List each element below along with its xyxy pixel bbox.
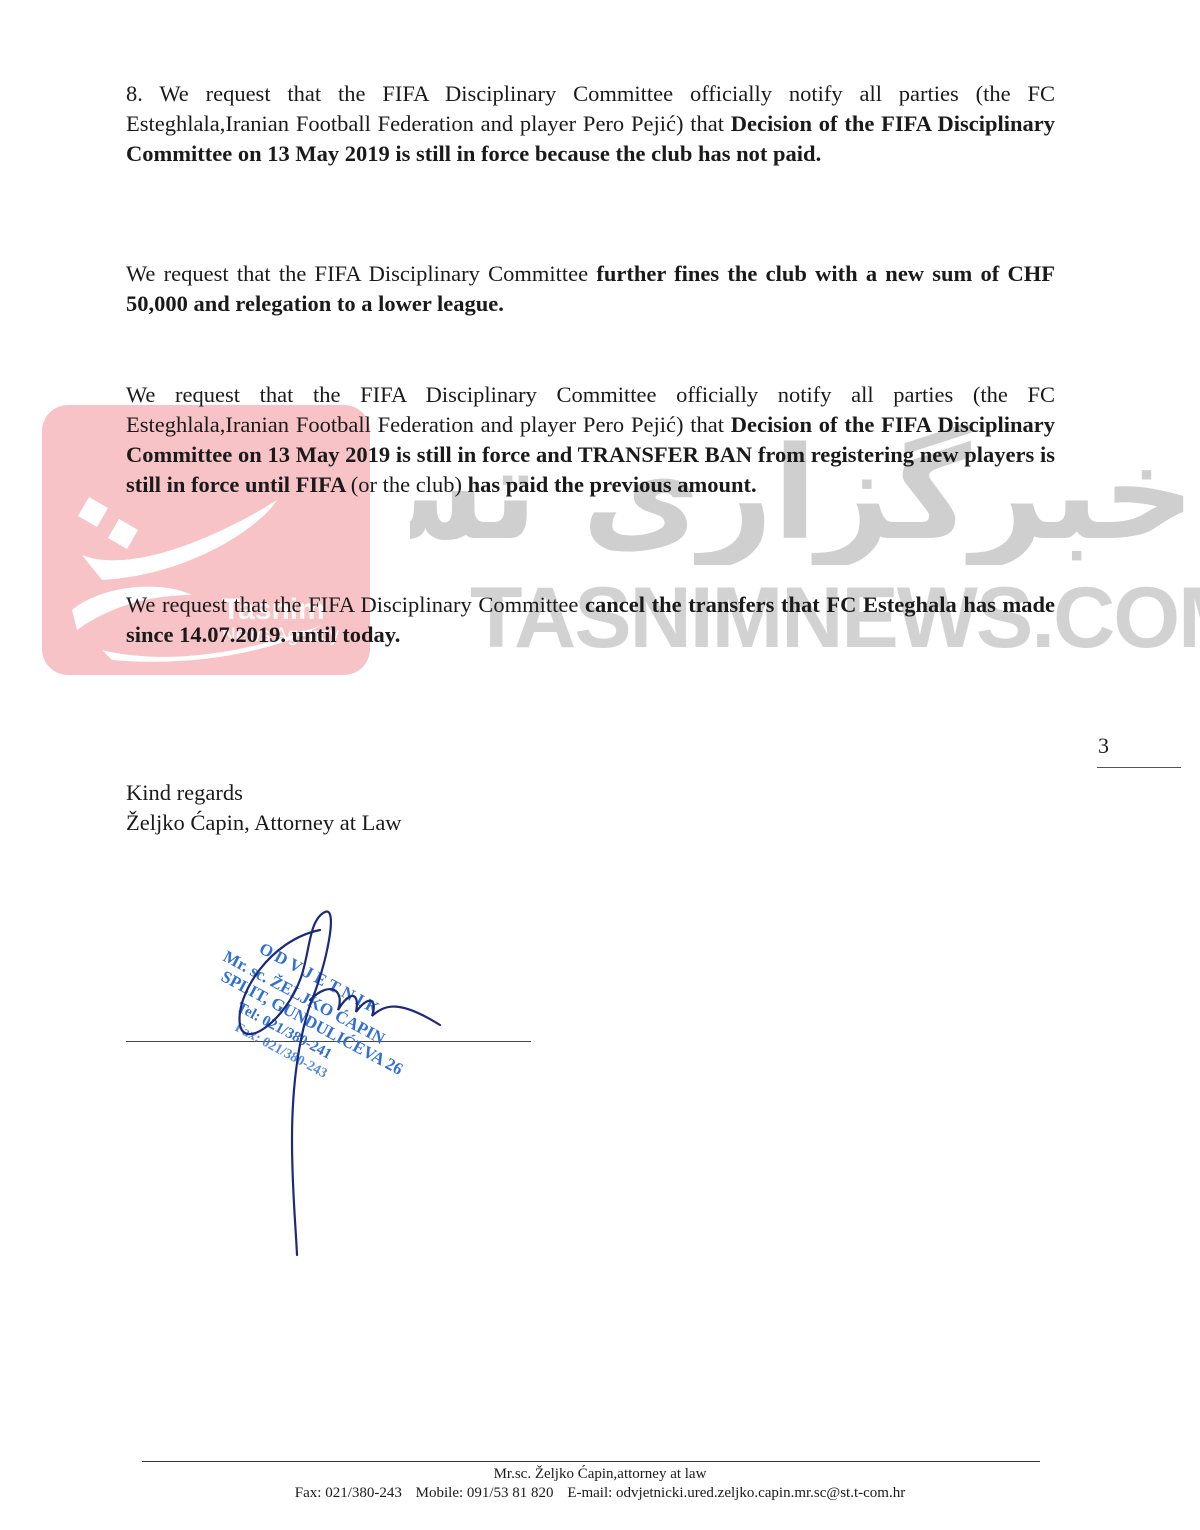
footer-fax: Fax: 021/380-243 [295,1485,402,1501]
paragraph-request-transfer-ban: We request that the FIFA Disciplinary Co… [126,380,1055,500]
text: We request that the FIFA Disciplinary Co… [126,592,585,617]
document-page: Tasnim News Agency خبرگزاری تسنیم TASNIM… [0,0,1200,1530]
paragraph-request-8: 8. We request that the FIFA Disciplinary… [126,79,1055,169]
text: We request that the FIFA Disciplinary Co… [126,261,596,286]
page-number: 3 [1098,733,1109,759]
handwritten-signature [240,912,440,1255]
text: (or the club) [351,472,468,497]
footer-email: E-mail: odvjetnicki.ured.zeljko.capin.mr… [567,1485,905,1501]
footer-mobile: Mobile: 091/53 81 820 [416,1485,554,1501]
page-number-rule [1097,767,1181,768]
signatory: Željko Ćapin, Attorney at Law [126,808,402,838]
footer-name: Mr.sc. Željko Ćapin,attorney at law [0,1465,1200,1483]
signature-and-stamp: ODVJETNIK Mr. sc. ŽELJKO ĆAPIN SPLIT, GU… [210,900,470,1270]
closing-block: Kind regards Željko Ćapin, Attorney at L… [126,778,402,838]
paragraph-request-fine: We request that the FIFA Disciplinary Co… [126,259,1055,319]
bold-text: has paid the previous amount. [468,472,757,497]
footer-contacts: Fax: 021/380-243 Mobile: 091/53 81 820 E… [0,1484,1200,1502]
footer-rule [142,1461,1040,1462]
paragraph-request-cancel-transfers: We request that the FIFA Disciplinary Co… [126,590,1055,650]
salutation: Kind regards [126,778,402,808]
